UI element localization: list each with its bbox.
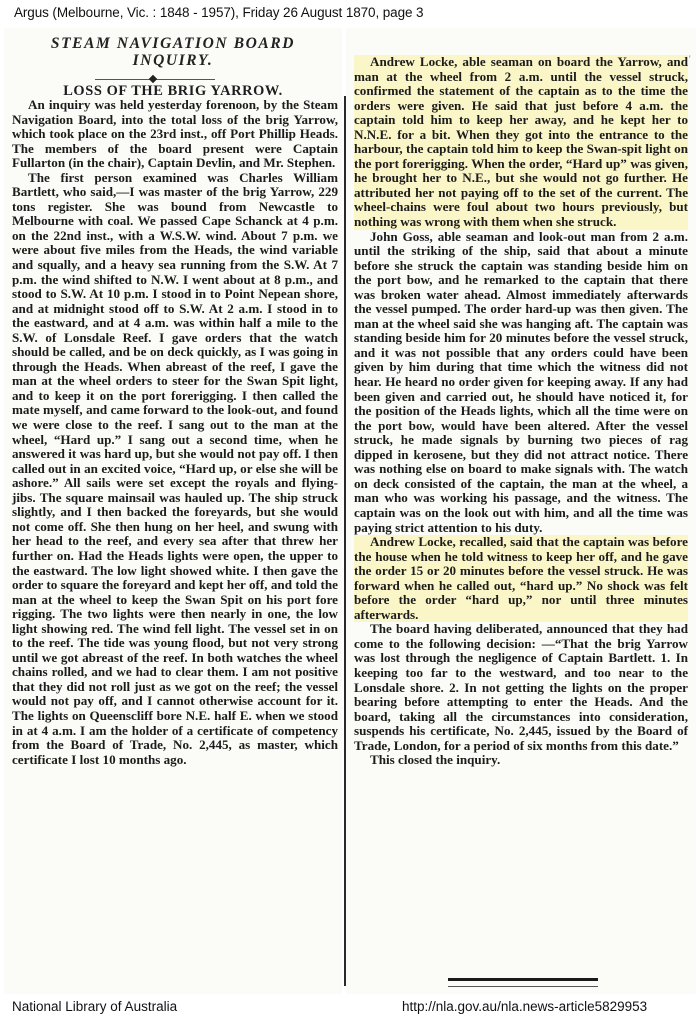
footer-article-url[interactable]: http://nla.gov.au/nla.news-article582995… bbox=[402, 999, 647, 1014]
scan-artifact-mark: ' bbox=[689, 54, 691, 64]
paragraph-locke-testimony: Andrew Locke, able seaman on board the Y… bbox=[354, 55, 688, 230]
article-headline: STEAM NAVIGATION BOARD INQUIRY. bbox=[8, 35, 338, 69]
article-left-column: An inquiry was held yesterday forenoon, … bbox=[12, 98, 338, 767]
paragraph-closing: This closed the inquiry. bbox=[354, 753, 688, 768]
article-right-column: Andrew Locke, able seaman on board the Y… bbox=[354, 55, 688, 768]
footer-source: National Library of Australia bbox=[12, 999, 177, 1014]
headline-line-2: INQUIRY. bbox=[8, 52, 338, 69]
article-end-rule bbox=[448, 978, 598, 987]
column-divider bbox=[344, 96, 346, 986]
article-citation: Argus (Melbourne, Vic. : 1848 - 1957), F… bbox=[14, 5, 423, 20]
paragraph-goss-testimony: John Goss, able seaman and look-out man … bbox=[354, 230, 688, 535]
paragraph-bartlett-testimony: The first person examined was Charles Wi… bbox=[12, 171, 338, 767]
diamond-icon bbox=[149, 75, 157, 83]
paragraph-inquiry-intro: An inquiry was held yesterday forenoon, … bbox=[12, 98, 338, 171]
headline-ornament-divider bbox=[95, 75, 215, 83]
paragraph-locke-recalled: Andrew Locke, recalled, said that the ca… bbox=[354, 535, 688, 622]
paragraph-board-decision: The board having deliberated, announced … bbox=[354, 622, 688, 753]
headline-line-1: STEAM NAVIGATION BOARD bbox=[8, 35, 338, 52]
